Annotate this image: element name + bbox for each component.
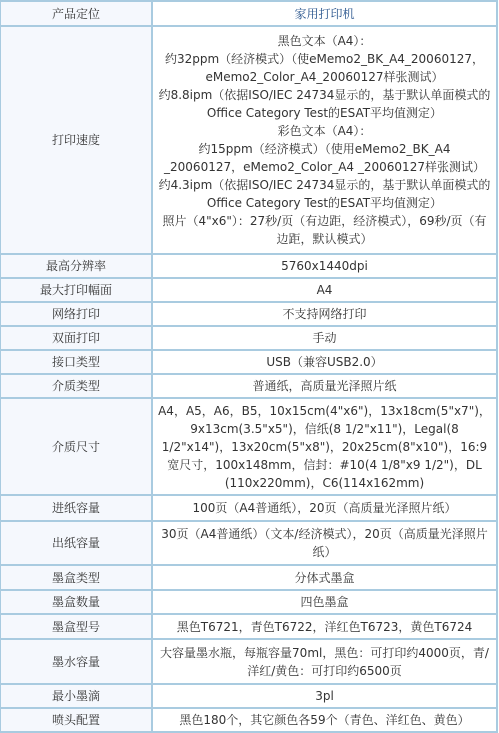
row-value-cartridge-model: 黑色T6721，青色T6722，洋红色T6723，黄色T6724 — [152, 614, 497, 639]
row-label-max-paper-size: 最大打印幅面 — [0, 278, 152, 302]
row-label-min-droplet: 最小墨滴 — [0, 684, 152, 708]
table-row: 打印速度 黑色文本（A4）： 约32ppm（经济模式）（使eMemo2_BK_A… — [0, 26, 497, 254]
row-value-cartridge-count: 四色墨盒 — [152, 590, 497, 614]
row-label-ink-capacity: 墨水容量 — [0, 639, 152, 684]
table-row: 最高分辨率 5760x1440dpi — [0, 254, 497, 278]
speed-line: Office Category Test的ESAT平均值测定） — [157, 194, 492, 212]
row-label-max-resolution: 最高分辨率 — [0, 254, 152, 278]
speed-line: eMemo2_Color_A4_20060127样张测试） — [157, 68, 492, 86]
row-label-output-capacity: 出纸容量 — [0, 521, 152, 565]
output-capacity-line: 30页（A4普通纸）（文本/经济模式），20页（高质量光泽照片 — [157, 525, 492, 543]
row-value-input-capacity: 100页（A4普通纸），20页（高质量光泽照片纸） — [152, 495, 497, 521]
row-label-media-type: 介质类型 — [0, 374, 152, 398]
row-label-duplex: 双面打印 — [0, 326, 152, 350]
speed-line: 边距，默认模式） — [157, 230, 492, 248]
table-row: 喷头配置 黑色180个，其它颜色各59个（青色、洋红色、黄色） — [0, 708, 497, 732]
table-row: 最大打印幅面 A4 — [0, 278, 497, 302]
media-size-line: 9x13cm(3.5"x5")，信纸(8 1/2"x11")，Legal(8 — [157, 420, 492, 438]
table-row: 墨盒类型 分体式墨盒 — [0, 565, 497, 590]
speed-line: 约8.8ipm（依据ISO/IEC 24734显示的，基于默认单面模式的 — [157, 86, 492, 104]
row-value-network-printing: 不支持网络打印 — [152, 302, 497, 326]
row-label-cartridge-count: 墨盒数量 — [0, 590, 152, 614]
output-capacity-line: 纸） — [157, 543, 492, 561]
media-size-line: 1/2"x14")，13x20cm(5"x8")，20x25cm(8"x10")… — [157, 438, 492, 456]
row-value-duplex: 手动 — [152, 326, 497, 350]
row-value-min-droplet: 3pl — [152, 684, 497, 708]
ink-capacity-line: 洋红/黄色：可打印约6500页 — [157, 662, 492, 680]
row-label-input-capacity: 进纸容量 — [0, 495, 152, 521]
printer-spec-table: 产品定位 家用打印机 打印速度 黑色文本（A4）： 约32ppm（经济模式）（使… — [0, 0, 498, 732]
row-value-max-resolution: 5760x1440dpi — [152, 254, 497, 278]
media-size-line: A4，A5，A6，B5，10x15cm(4"x6")，13x18cm(5"x7"… — [157, 402, 492, 420]
ink-capacity-line: 大容量墨水瓶，每瓶容量70ml，黑色：可打印约4000页，青/ — [157, 644, 492, 662]
speed-line: 约15ppm（经济模式）（使用eMemo2_BK_A4 — [157, 140, 492, 158]
row-value-media-type: 普通纸，高质量光泽照片纸 — [152, 374, 497, 398]
row-value-interface: USB（兼容USB2.0） — [152, 350, 497, 374]
row-value-ink-capacity: 大容量墨水瓶，每瓶容量70ml，黑色：可打印约4000页，青/ 洋红/黄色：可打… — [152, 639, 497, 684]
table-row: 墨盒数量 四色墨盒 — [0, 590, 497, 614]
row-label-cartridge-model: 墨盒型号 — [0, 614, 152, 639]
table-row: 双面打印 手动 — [0, 326, 497, 350]
table-row: 接口类型 USB（兼容USB2.0） — [0, 350, 497, 374]
table-row: 出纸容量 30页（A4普通纸）（文本/经济模式），20页（高质量光泽照片 纸） — [0, 521, 497, 565]
row-value-cartridge-type: 分体式墨盒 — [152, 565, 497, 590]
speed-line: 黑色文本（A4）： — [157, 32, 492, 50]
speed-line: 约32ppm（经济模式）（使eMemo2_BK_A4_20060127， — [157, 50, 492, 68]
row-label-positioning: 产品定位 — [0, 1, 152, 26]
table-row: 进纸容量 100页（A4普通纸），20页（高质量光泽照片纸） — [0, 495, 497, 521]
media-size-line: (110x220mm)，C6(114x162mm) — [157, 474, 492, 492]
table-row: 产品定位 家用打印机 — [0, 1, 497, 26]
speed-line: 照片（4"x6"）：27秒/页（有边距，经济模式），69秒/页（有 — [157, 212, 492, 230]
table-row: 最小墨滴 3pl — [0, 684, 497, 708]
row-value-nozzle-config: 黑色180个，其它颜色各59个（青色、洋红色、黄色） — [152, 708, 497, 732]
speed-line: Office Category Test的ESAT平均值测定） — [157, 104, 492, 122]
speed-line: 约4.3ipm（依据ISO/IEC 24734显示的，基于默认单面模式的 — [157, 176, 492, 194]
row-label-network-printing: 网络打印 — [0, 302, 152, 326]
table-row: 网络打印 不支持网络打印 — [0, 302, 497, 326]
table-row: 墨水容量 大容量墨水瓶，每瓶容量70ml，黑色：可打印约4000页，青/ 洋红/… — [0, 639, 497, 684]
row-value-print-speed: 黑色文本（A4）： 约32ppm（经济模式）（使eMemo2_BK_A4_200… — [152, 26, 497, 254]
row-value-media-size: A4，A5，A6，B5，10x15cm(4"x6")，13x18cm(5"x7"… — [152, 398, 497, 495]
speed-line: _20060127，eMemo2_Color_A4 _20060127样张测试） — [157, 158, 492, 176]
row-label-nozzle-config: 喷头配置 — [0, 708, 152, 732]
table-row: 介质类型 普通纸，高质量光泽照片纸 — [0, 374, 497, 398]
row-label-cartridge-type: 墨盒类型 — [0, 565, 152, 590]
speed-line: 彩色文本（A4）： — [157, 122, 492, 140]
row-value-max-paper-size: A4 — [152, 278, 497, 302]
row-label-media-size: 介质尺寸 — [0, 398, 152, 495]
row-label-print-speed: 打印速度 — [0, 26, 152, 254]
row-label-interface: 接口类型 — [0, 350, 152, 374]
row-value-output-capacity: 30页（A4普通纸）（文本/经济模式），20页（高质量光泽照片 纸） — [152, 521, 497, 565]
row-value-positioning: 家用打印机 — [152, 1, 497, 26]
table-row: 墨盒型号 黑色T6721，青色T6722，洋红色T6723，黄色T6724 — [0, 614, 497, 639]
table-row: 介质尺寸 A4，A5，A6，B5，10x15cm(4"x6")，13x18cm(… — [0, 398, 497, 495]
media-size-line: 宽尺寸，100x148mm，信封：#10(4 1/8"x9 1/2")，DL — [157, 456, 492, 474]
home-printer-link[interactable]: 家用打印机 — [294, 7, 354, 21]
